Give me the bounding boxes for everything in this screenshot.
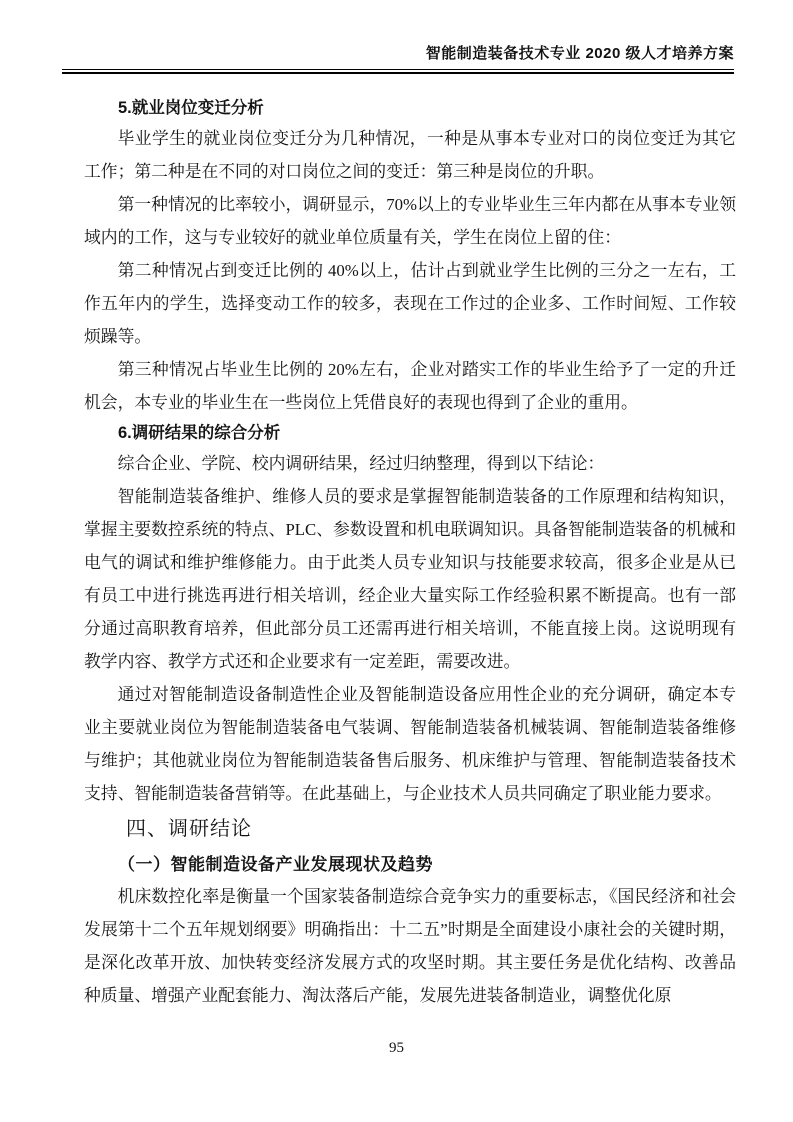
page-footer: 95 bbox=[0, 1038, 793, 1058]
subsection-heading-6: 6.调研结果的综合分析 bbox=[118, 419, 736, 447]
body-paragraph: 第二种情况占到变迁比例的 40%以上，估计占到就业学生比例的三分之一左右，工作五… bbox=[84, 254, 736, 353]
page-header: 智能制造装备技术专业 2020 级人才培养方案 bbox=[62, 44, 734, 63]
subsection-heading-5: 5.就业岗位变迁分析 bbox=[118, 94, 736, 122]
body-paragraph: 综合企业、学院、校内调研结果，经过归纳整理，得到以下结论： bbox=[84, 447, 736, 480]
body-paragraph: 第一种情况的比率较小，调研显示，70%以上的专业毕业生三年内都在从事本专业领域内… bbox=[84, 188, 736, 254]
header-title: 智能制造装备技术专业 2020 级人才培养方案 bbox=[62, 44, 734, 63]
body-paragraph: 机床数控化率是衡量一个国家装备制造综合竞争实力的重要标志，《国民经济和社会发展第… bbox=[84, 880, 736, 1012]
body-paragraph: 毕业学生的就业岗位变迁分为几种情况，一种是从事本专业对口的岗位变迁为其它工作；第… bbox=[84, 122, 736, 188]
subsection-heading-1: （一）智能制造设备产业发展现状及趋势 bbox=[118, 850, 736, 880]
section-heading-4: 四、调研结论 bbox=[126, 812, 736, 846]
header-rule bbox=[62, 69, 734, 74]
document-page: 智能制造装备技术专业 2020 级人才培养方案 5.就业岗位变迁分析 毕业学生的… bbox=[0, 0, 793, 1122]
body-paragraph: 第三种情况占毕业生比例的 20%左右，企业对踏实工作的毕业生给予了一定的升迁机会… bbox=[84, 353, 736, 419]
page-number: 95 bbox=[389, 1040, 404, 1056]
body-paragraph: 通过对智能制造设备制造性企业及智能制造设备应用性企业的充分调研，确定本专业主要就… bbox=[84, 678, 736, 810]
body-paragraph: 智能制造装备维护、维修人员的要求是掌握智能制造装备的工作原理和结构知识，掌握主要… bbox=[84, 480, 736, 678]
content-area: 5.就业岗位变迁分析 毕业学生的就业岗位变迁分为几种情况，一种是从事本专业对口的… bbox=[84, 94, 736, 1012]
